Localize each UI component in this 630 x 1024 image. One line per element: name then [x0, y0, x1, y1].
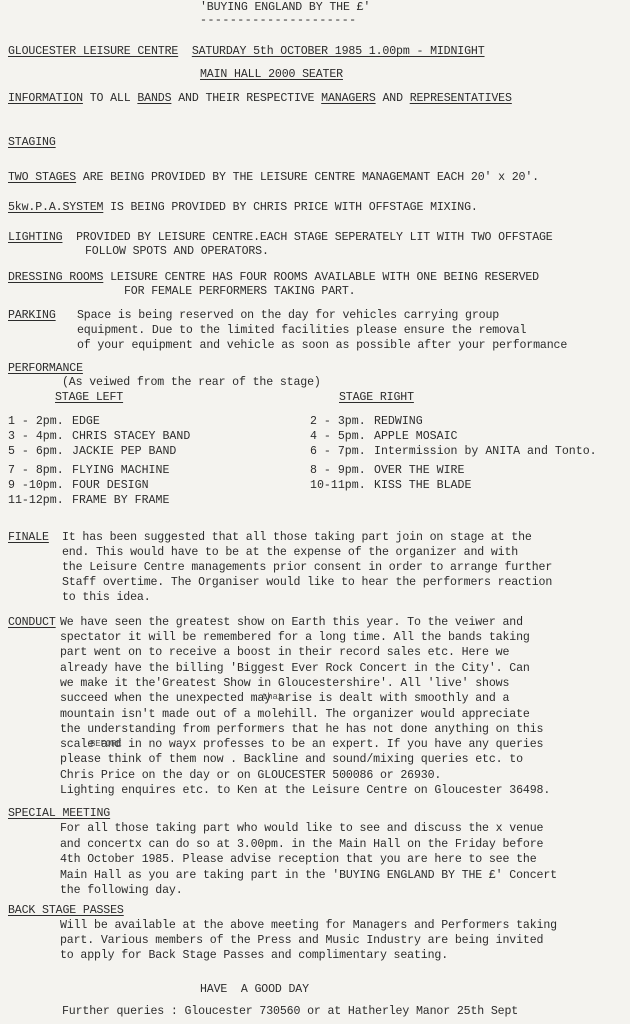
- document-title: 'BUYING ENGLAND BY THE £': [200, 1, 370, 15]
- info-line: INFORMATION TO ALL BANDS AND THEIR RESPE…: [8, 92, 512, 106]
- text-line: to this idea.: [62, 591, 151, 605]
- text-line: succeed when the unexpected may arise is…: [60, 692, 509, 706]
- text-line: part went on to receive a boost in their…: [60, 646, 509, 660]
- act-name: Intermission by ANITA and Tonto.: [374, 445, 597, 458]
- text-line: scale and in no wayx professes to be an …: [60, 738, 543, 752]
- dressing-rooms-line-2: FOR FEMALE PERFORMERS TAKING PART.: [124, 285, 355, 299]
- info-word: INFORMATION: [8, 92, 83, 105]
- schedule-row: 1 - 2pm.EDGE: [8, 415, 100, 429]
- performance-label: PERFORMANCE: [8, 362, 83, 376]
- typed-insert-that: that: [262, 690, 283, 704]
- lighting-line-2: FOLLOW SPOTS AND OPERATORS.: [85, 245, 269, 259]
- info-word: AND THEIR RESPECTIVE: [171, 92, 321, 105]
- text-line: Will be available at the above meeting f…: [60, 919, 557, 933]
- text-line: It has been suggested that all those tak…: [62, 531, 532, 545]
- main-hall-line: MAIN HALL 2000 SEATER: [200, 68, 343, 82]
- text-line: 4th October 1985. Please advise receptio…: [60, 853, 537, 867]
- act-name: REDWING: [374, 415, 423, 428]
- slot-time: 2 - 3pm.: [310, 415, 374, 429]
- slot-time: 7 - 8pm.: [8, 464, 72, 478]
- two-stages-line: TWO STAGES ARE BEING PROVIDED BY THE LEI…: [8, 171, 539, 185]
- lighting-text: PROVIDED BY LEISURE CENTRE.EACH STAGE SE…: [76, 231, 553, 244]
- parking-line: Space is being reserved on the day for v…: [77, 309, 499, 323]
- text-line: part. Various members of the Press and M…: [60, 934, 543, 948]
- slot-time: 1 - 2pm.: [8, 415, 72, 429]
- stage-left-heading: STAGE LEFT: [55, 391, 123, 405]
- act-name: EDGE: [72, 415, 100, 428]
- info-word: BANDS: [137, 92, 171, 105]
- text-line: Staff overtime. The Organiser would like…: [62, 576, 552, 590]
- text-line: the following day.: [60, 884, 183, 898]
- text-line: spectator it will be remembered for a lo…: [60, 631, 530, 645]
- slot-time: 4 - 5pm.: [310, 430, 374, 444]
- text-line: For all those taking part who would like…: [60, 822, 543, 836]
- act-name: KISS THE BLADE: [374, 479, 471, 492]
- act-name: OVER THE WIRE: [374, 464, 464, 477]
- dressing-rooms-line: DRESSING ROOMS LEISURE CENTRE HAS FOUR R…: [8, 271, 539, 285]
- back-stage-passes-label: BACK STAGE PASSES: [8, 904, 124, 918]
- slot-time: 9 -10pm.: [8, 479, 72, 493]
- info-word: AND: [376, 92, 410, 105]
- schedule-row: 3 - 4pm.CHRIS STACEY BAND: [8, 430, 190, 444]
- schedule-row: 5 - 6pm.JACKIE PEP BAND: [8, 445, 176, 459]
- act-name: CHRIS STACEY BAND: [72, 430, 190, 443]
- two-stages-text: ARE BEING PROVIDED BY THE LEISURE CENTRE…: [76, 171, 539, 184]
- two-stages-label: TWO STAGES: [8, 171, 76, 184]
- slot-time: 5 - 6pm.: [8, 445, 72, 459]
- info-word: MANAGERS: [321, 92, 375, 105]
- act-name: APPLE MOSAIC: [374, 430, 458, 443]
- text-line: the understanding from performers that h…: [60, 723, 543, 737]
- schedule-row: 11-12pm.FRAME BY FRAME: [8, 494, 169, 508]
- parking-label: PARKING: [8, 309, 56, 323]
- performance-note: (As veiwed from the rear of the stage): [62, 376, 321, 390]
- slot-time: 6 - 7pm.: [310, 445, 374, 459]
- schedule-row: 7 - 8pm.FLYING MACHINE: [8, 464, 169, 478]
- header-venue-line: GLOUCESTER LEISURE CENTRE SATURDAY 5th O…: [8, 45, 485, 59]
- pa-system-text: IS BEING PROVIDED BY CHRIS PRICE WITH OF…: [103, 201, 477, 214]
- text-line: to apply for Back Stage Passes and compl…: [60, 949, 448, 963]
- text-line: and concertx can do so at 3.00pm. in the…: [60, 838, 543, 852]
- main-hall: MAIN HALL 2000 SEATER: [200, 68, 343, 81]
- text-line: Chris Price on the day or on GLOUCESTER …: [60, 769, 441, 783]
- dressing-rooms-text: LEISURE CENTRE HAS FOUR ROOMS AVAILABLE …: [103, 271, 539, 284]
- act-name: FOUR DESIGN: [72, 479, 149, 492]
- parking-line: equipment. Due to the limited facilities…: [77, 324, 526, 338]
- event-date-time: SATURDAY 5th OCTOBER 1985 1.00pm - MIDNI…: [192, 45, 485, 58]
- special-meeting-label: SPECIAL MEETING: [8, 807, 110, 821]
- lighting-label: LIGHTING: [8, 231, 62, 244]
- conduct-label: CONDUCT: [8, 616, 56, 630]
- act-name: JACKIE PEP BAND: [72, 445, 176, 458]
- info-word: REPRESENTATIVES: [410, 92, 512, 105]
- info-word: TO ALL: [83, 92, 137, 105]
- schedule-row: 6 - 7pm.Intermission by ANITA and Tonto.: [310, 445, 597, 459]
- schedule-row: 10-11pm.KISS THE BLADE: [310, 479, 471, 493]
- venue: GLOUCESTER LEISURE CENTRE: [8, 45, 178, 58]
- slot-time: 8 - 9pm.: [310, 464, 374, 478]
- text-line: please think of them now . Backline and …: [60, 753, 523, 767]
- text-line: the Leisure Centre managements prior con…: [62, 561, 552, 575]
- pa-system-label: 5kw.P.A.SYSTEM: [8, 201, 103, 214]
- slot-time: 3 - 4pm.: [8, 430, 72, 444]
- pa-system-line: 5kw.P.A.SYSTEM IS BEING PROVIDED BY CHRI…: [8, 201, 478, 215]
- text-line: end. This would have to be at the expens…: [62, 546, 518, 560]
- text-line: we make it the'Greatest Show in Gloucest…: [60, 677, 509, 691]
- text-line: Main Hall as you are taking part in the …: [60, 869, 557, 883]
- closing-queries: Further queries : Gloucester 730560 or a…: [62, 1005, 518, 1019]
- typed-insert-before: BEFORE: [90, 737, 122, 751]
- closing-greeting: HAVE A GOOD DAY: [200, 983, 309, 997]
- title-rule: ---------------------: [200, 14, 357, 28]
- schedule-row: 4 - 5pm.APPLE MOSAIC: [310, 430, 458, 444]
- dressing-rooms-label: DRESSING ROOMS: [8, 271, 103, 284]
- schedule-row: 8 - 9pm.OVER THE WIRE: [310, 464, 464, 478]
- slot-time: 11-12pm.: [8, 494, 72, 508]
- slot-time: 10-11pm.: [310, 479, 374, 493]
- stage-right-heading: STAGE RIGHT: [339, 391, 414, 405]
- act-name: FLYING MACHINE: [72, 464, 169, 477]
- text-line: already have the billing 'Biggest Ever R…: [60, 662, 530, 676]
- staging-heading: STAGING: [8, 136, 56, 150]
- conduct-first-line: We have seen the greatest show on Earth …: [60, 616, 523, 630]
- lighting-line: LIGHTING PROVIDED BY LEISURE CENTRE.EACH…: [8, 231, 553, 245]
- parking-line: of your equipment and vehicle as soon as…: [77, 339, 567, 353]
- schedule-row: 2 - 3pm.REDWING: [310, 415, 423, 429]
- typed-document: 'BUYING ENGLAND BY THE £' --------------…: [0, 0, 630, 1024]
- schedule-row: 9 -10pm.FOUR DESIGN: [8, 479, 149, 493]
- finale-label: FINALE: [8, 531, 49, 545]
- text-line: Lighting enquires etc. to Ken at the Lei…: [60, 784, 550, 798]
- act-name: FRAME BY FRAME: [72, 494, 169, 507]
- text-line: mountain isn't made out of a molehill. T…: [60, 708, 530, 722]
